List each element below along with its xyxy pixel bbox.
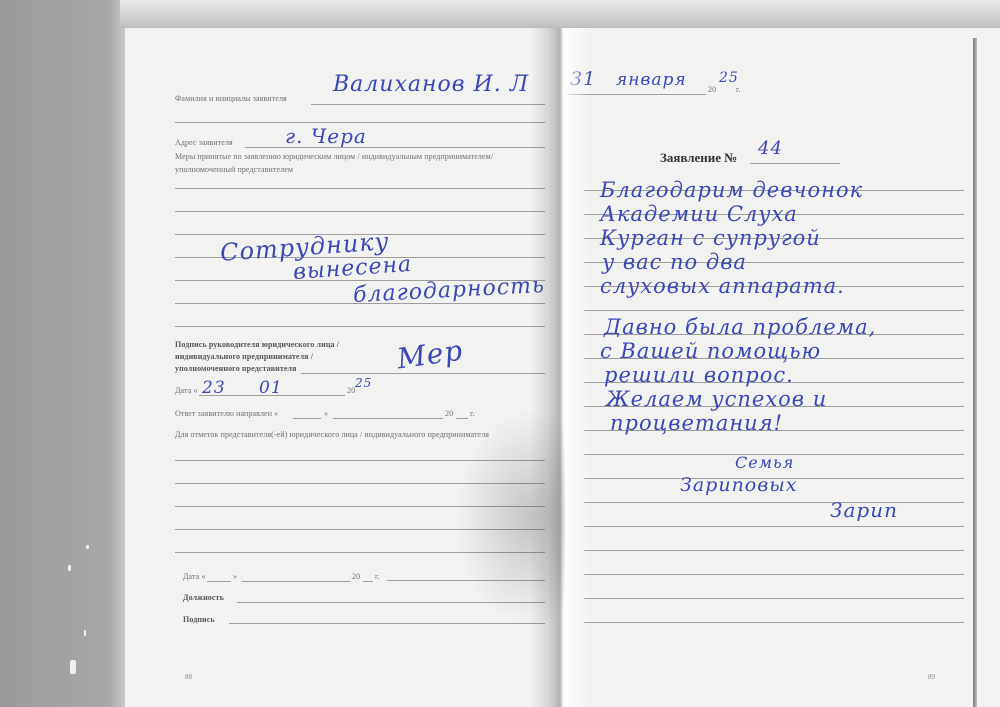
- body-line-3: Курган с супругой: [600, 226, 821, 250]
- field-rule: [363, 581, 373, 582]
- reply-year-prefix: 20: [445, 409, 453, 418]
- body-line-9: Желаем успехов и: [606, 387, 827, 411]
- signature-line-1: Семья: [735, 453, 794, 472]
- date-month: января: [616, 70, 687, 90]
- applicant-name-value: Валиханов И. Л: [333, 72, 529, 97]
- field-rule: [301, 373, 545, 374]
- right-page: 31 января 20 25 г. Заявление № 44 Благод…: [560, 28, 985, 707]
- field-rule: [175, 122, 545, 123]
- dust-speck: [70, 660, 76, 674]
- reply-quote-close: »: [324, 409, 328, 418]
- applicant-address-label: Адрес заявителя: [175, 138, 233, 147]
- notes-label: Для отметок представителя(-ей) юридическ…: [175, 430, 489, 439]
- position-label: Должность: [183, 593, 224, 602]
- applicant-address-value: г. Чера: [285, 124, 367, 148]
- signature-label-line2: индивидуального предпринимателя /: [175, 352, 313, 361]
- bottom-year-prefix: 20: [352, 572, 360, 581]
- date-suffix: г.: [736, 85, 741, 94]
- bottom-date-quote-close: »: [233, 572, 237, 581]
- signature-label-line3: уполномоченного представителя: [175, 364, 297, 373]
- body-line-1: Благодарим девчонок: [600, 178, 863, 202]
- application-title: Заявление №: [660, 150, 737, 166]
- field-rule: [584, 598, 964, 599]
- field-rule: [584, 550, 964, 551]
- body-line-5: слуховых аппарата.: [600, 274, 845, 298]
- field-rule: [584, 526, 964, 527]
- body-line-10: процветания!: [610, 411, 783, 435]
- signature-label-line1: Подпись руководителя юридического лица /: [175, 340, 339, 349]
- page-edge: [973, 38, 977, 707]
- body-line-7: с Вашей помощью: [600, 339, 821, 363]
- reply-label: Ответ заявителю направлен «: [175, 409, 278, 418]
- field-rule: [207, 581, 231, 582]
- body-line-4: у вас по два: [602, 250, 747, 274]
- applicant-name-label: Фамилия и инициалы заявителя: [175, 94, 287, 103]
- date-month: 01: [259, 378, 283, 398]
- dust-speck: [86, 545, 89, 549]
- date-year: 25: [719, 70, 739, 86]
- field-rule: [311, 104, 545, 105]
- date-year-prefix: 20: [708, 85, 716, 94]
- date-label: Дата «: [175, 386, 198, 395]
- body-line-6: Давно была проблема,: [604, 315, 876, 339]
- measures-label-line1: Меры принятые по заявлению юридическим л…: [175, 152, 493, 161]
- bottom-date-label: Дата «: [183, 572, 206, 581]
- date-year: 25: [355, 376, 372, 390]
- field-rule: [333, 418, 443, 419]
- field-rule: [293, 418, 321, 419]
- field-rule: [584, 310, 964, 311]
- scan-shadow: [455, 408, 565, 628]
- field-rule: [584, 574, 964, 575]
- measures-label-line2: уполномоченный представителем: [175, 165, 293, 174]
- bottom-year-suffix: г.: [375, 572, 380, 581]
- signature-value: Мер: [395, 334, 465, 376]
- page-number: 89: [928, 673, 935, 681]
- body-line-2: Академии Слуха: [600, 202, 798, 226]
- date-day: 23: [202, 378, 226, 398]
- field-rule: [584, 622, 964, 623]
- sign-label: Подпись: [183, 615, 215, 624]
- field-rule: [175, 188, 545, 189]
- scanner-top-edge: [120, 0, 1000, 28]
- dust-speck: [68, 565, 71, 571]
- field-rule: [750, 163, 840, 164]
- body-line-8: решили вопрос.: [604, 363, 794, 387]
- field-rule: [242, 581, 350, 582]
- signature-mark: Зарип: [830, 498, 898, 522]
- field-rule: [175, 211, 545, 212]
- field-rule: [175, 326, 545, 327]
- open-booklet: Фамилия и инициалы заявителя Валиханов И…: [125, 28, 985, 707]
- signature-line-2: Зариповых: [680, 474, 798, 496]
- dust-speck: [84, 630, 86, 636]
- page-number: 88: [185, 673, 192, 681]
- date-year-prefix: 20: [347, 386, 355, 395]
- field-rule: [584, 502, 964, 503]
- application-number: 44: [758, 138, 783, 159]
